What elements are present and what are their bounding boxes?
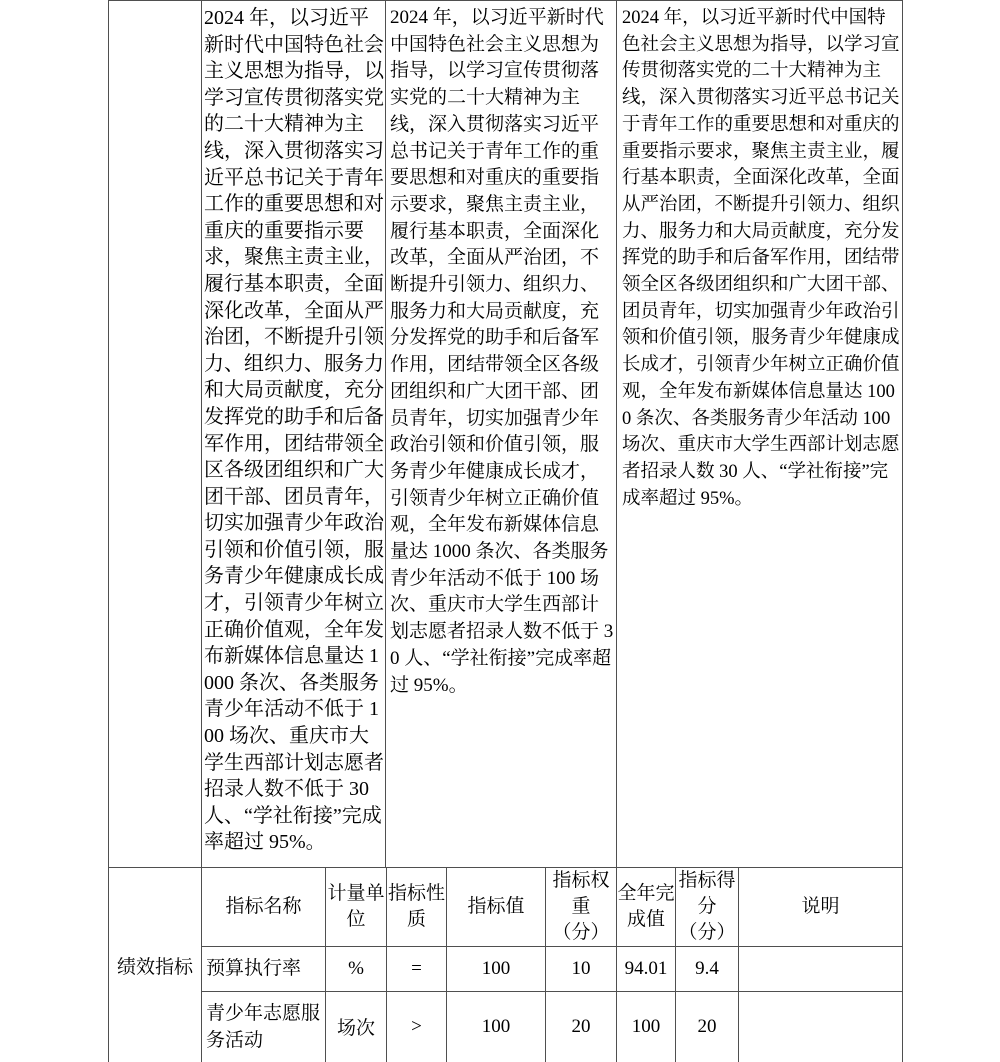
cell-annual-completion: 100 — [617, 992, 676, 1062]
cell-indicator-name: 预算执行率 — [202, 947, 326, 991]
cell-measure-unit: 场次 — [326, 992, 387, 1062]
document-page: 2024 年，以习近平新时代中国特色社会主义思想为指导，以学习宣传贯彻落实党的二… — [0, 0, 1000, 1062]
cell-indicator-score: 20 — [676, 992, 739, 1062]
header-indicator-weight: 指标权 重 （分） — [546, 868, 617, 946]
performance-table: 2024 年，以习近平新时代中国特色社会主义思想为指导，以学习宣传贯彻落实党的二… — [108, 0, 903, 1062]
indicator-row-youth-volunteer-activity: 青少年志愿服务活动 场次 > 100 20 100 20 — [202, 992, 902, 1062]
cell-indicator-weight: 10 — [546, 947, 617, 991]
header-measure-unit: 计量单 位 — [326, 868, 387, 946]
header-indicator-score: 指标得 分 （分） — [676, 868, 739, 946]
header-indicator-value: 指标值 — [447, 868, 546, 946]
overview-paragraph-col2: 2024 年，以习近平新时代中国特色社会主义思想为指导，以学习宣传贯彻落实党的二… — [386, 1, 617, 867]
overview-left-spacer-cell — [109, 1, 202, 867]
cell-indicator-nature: > — [387, 992, 447, 1062]
cell-indicator-nature: = — [387, 947, 447, 991]
overview-paragraph-col1: 2024 年，以习近平新时代中国特色社会主义思想为指导，以学习宣传贯彻落实党的二… — [202, 1, 386, 867]
header-note: 说明 — [739, 868, 902, 946]
cell-note — [739, 947, 902, 991]
header-indicator-nature: 指标性 质 — [387, 868, 447, 946]
cell-indicator-value: 100 — [447, 992, 546, 1062]
header-annual-completion: 全年完 成值 — [617, 868, 676, 946]
indicator-group-label: 绩效指标 — [109, 868, 202, 1062]
header-indicator-name: 指标名称 — [202, 868, 326, 946]
cell-indicator-weight: 20 — [546, 992, 617, 1062]
cell-annual-completion: 94.01 — [617, 947, 676, 991]
overview-paragraph-col3: 2024 年，以习近平新时代中国特色社会主义思想为指导，以学习宣传贯彻落实党的二… — [617, 1, 902, 867]
indicator-section: 绩效指标 指标名称 计量单 位 指标性 质 指标值 指标权 重 （分） 全年完 … — [109, 868, 902, 1062]
cell-indicator-name: 青少年志愿服务活动 — [202, 992, 326, 1062]
cell-indicator-value: 100 — [447, 947, 546, 991]
indicator-row-budget-execution: 预算执行率 % = 100 10 94.01 9.4 — [202, 947, 902, 992]
cell-indicator-score: 9.4 — [676, 947, 739, 991]
indicator-header-row: 指标名称 计量单 位 指标性 质 指标值 指标权 重 （分） 全年完 成值 指标… — [202, 868, 902, 947]
overview-row: 2024 年，以习近平新时代中国特色社会主义思想为指导，以学习宣传贯彻落实党的二… — [109, 1, 902, 868]
indicator-grid: 指标名称 计量单 位 指标性 质 指标值 指标权 重 （分） 全年完 成值 指标… — [202, 868, 902, 1062]
cell-note — [739, 992, 902, 1062]
cell-measure-unit: % — [326, 947, 387, 991]
